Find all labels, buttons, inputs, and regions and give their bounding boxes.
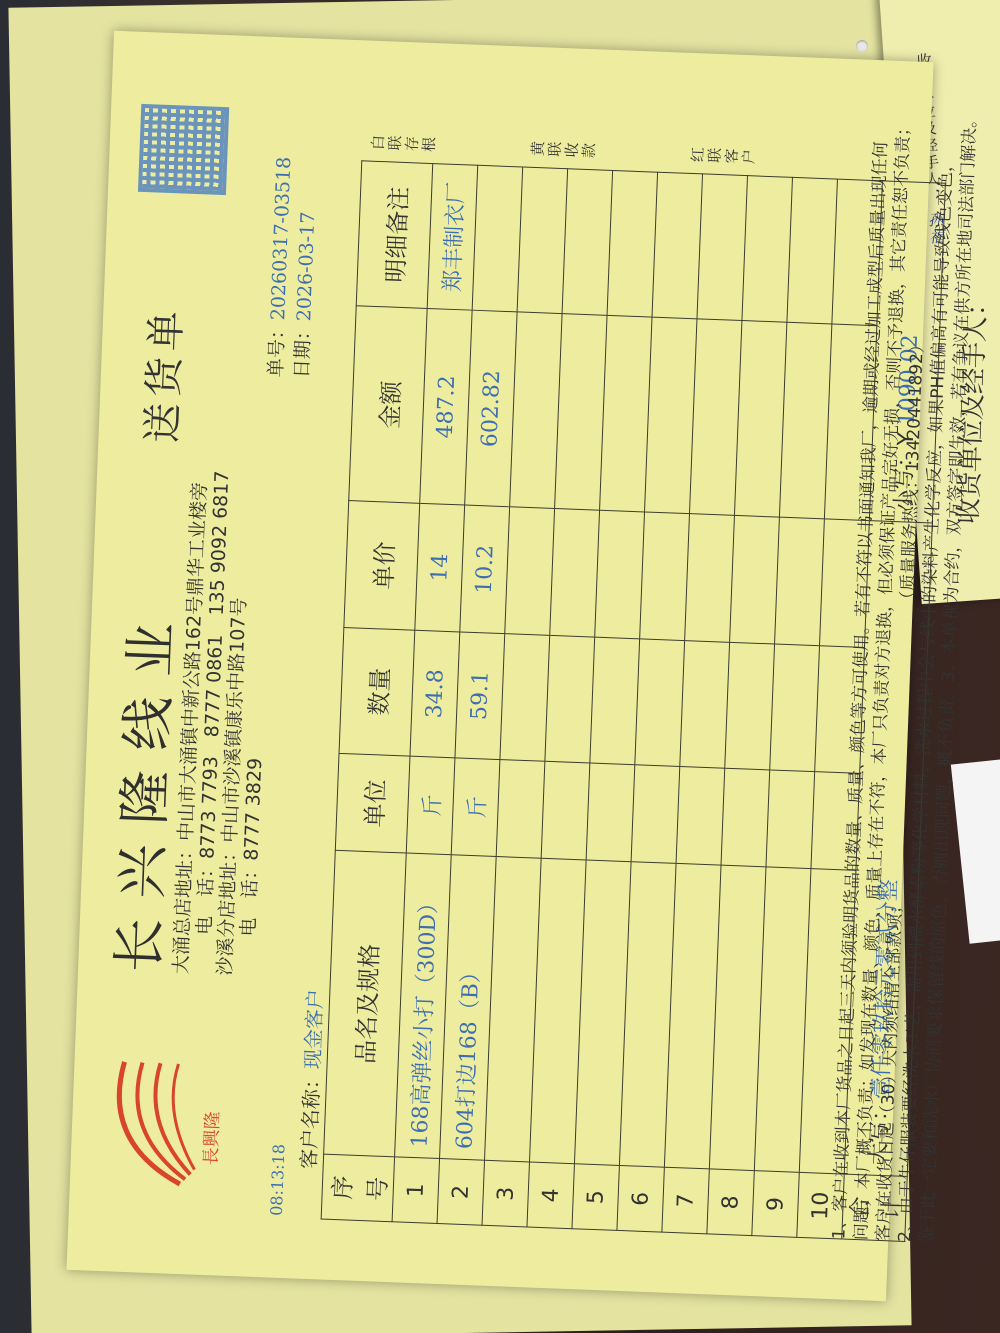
- document-title: 送货单: [130, 304, 192, 444]
- svg-text:長興隆: 長興隆: [201, 1111, 224, 1166]
- order-date: 日期：2026-03-17: [287, 211, 320, 378]
- delivery-note: 長興隆 长兴隆线业 送货单 大涌总店地址：中山市大涌镇中新公路162号鼎华工业楼…: [0, 0, 1000, 1333]
- receiver-signature-label: 收货单位及经手人：: [948, 289, 994, 524]
- copy-label-white: 白联存根: [370, 132, 439, 156]
- delivery-note-sheet: 長興隆 长兴隆线业 送货单 大涌总店地址：中山市大涌镇中新公路162号鼎华工业楼…: [67, 31, 934, 1302]
- copy-label-yellow: 黄联收款: [529, 138, 598, 162]
- print-time: 08:13:18: [267, 1144, 289, 1217]
- company-logo-icon: 長興隆: [89, 1051, 225, 1206]
- copy-label-red: 红联客户: [689, 144, 758, 168]
- qr-code-icon: [138, 104, 229, 195]
